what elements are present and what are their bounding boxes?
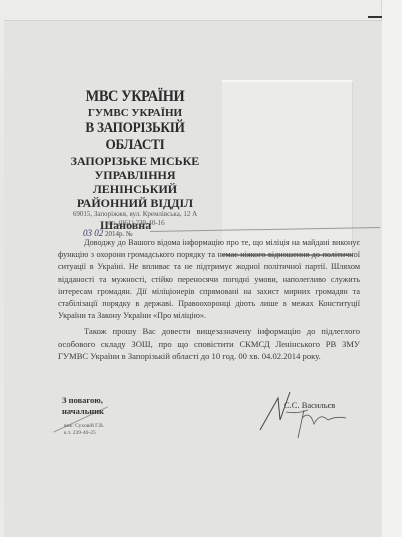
main-department: ГУМВС УКРАЇНИ	[55, 106, 215, 120]
executor-info: вик: Суховій Г.В. к.т. 239-40-25	[64, 423, 104, 437]
scan-edge-strip	[381, 0, 402, 537]
letter-body: Доводжу до Вашого відома інформацію про …	[58, 237, 360, 362]
paragraph-2: Також прошу Вас довести вищезазначену ін…	[58, 325, 360, 362]
greeting: Шановна	[100, 218, 151, 233]
closing: З повагою, начальник	[62, 395, 104, 417]
closing-title: начальник	[62, 406, 104, 417]
signer-name: С.С. Васильєв	[284, 400, 335, 410]
closing-regards: З повагою,	[62, 395, 104, 406]
city-line-3: РАЙОННИЙ ВІДДІЛ	[55, 196, 215, 210]
handwritten-signature-icon	[258, 390, 348, 440]
executor-name: вик: Суховій Г.В.	[64, 423, 104, 430]
executor-phone: к.т. 239-40-25	[64, 430, 104, 437]
city-line-1: ЗАПОРІЗЬКЕ МІСЬКЕ	[55, 154, 215, 168]
scan-mark	[368, 16, 382, 18]
region-title: В ЗАПОРІЗЬКІЙ ОБЛАСТІ	[65, 120, 206, 154]
city-line-2: УПРАВЛІННЯ ЛЕНІНСЬКИЙ	[55, 168, 215, 196]
letterhead: МВС УКРАЇНИ ГУМВС УКРАЇНИ В ЗАПОРІЗЬКІЙ …	[55, 88, 215, 239]
ministry-title: МВС УКРАЇНИ	[63, 88, 207, 106]
paragraph-1: Доводжу до Вашого відома інформацію про …	[58, 237, 360, 322]
